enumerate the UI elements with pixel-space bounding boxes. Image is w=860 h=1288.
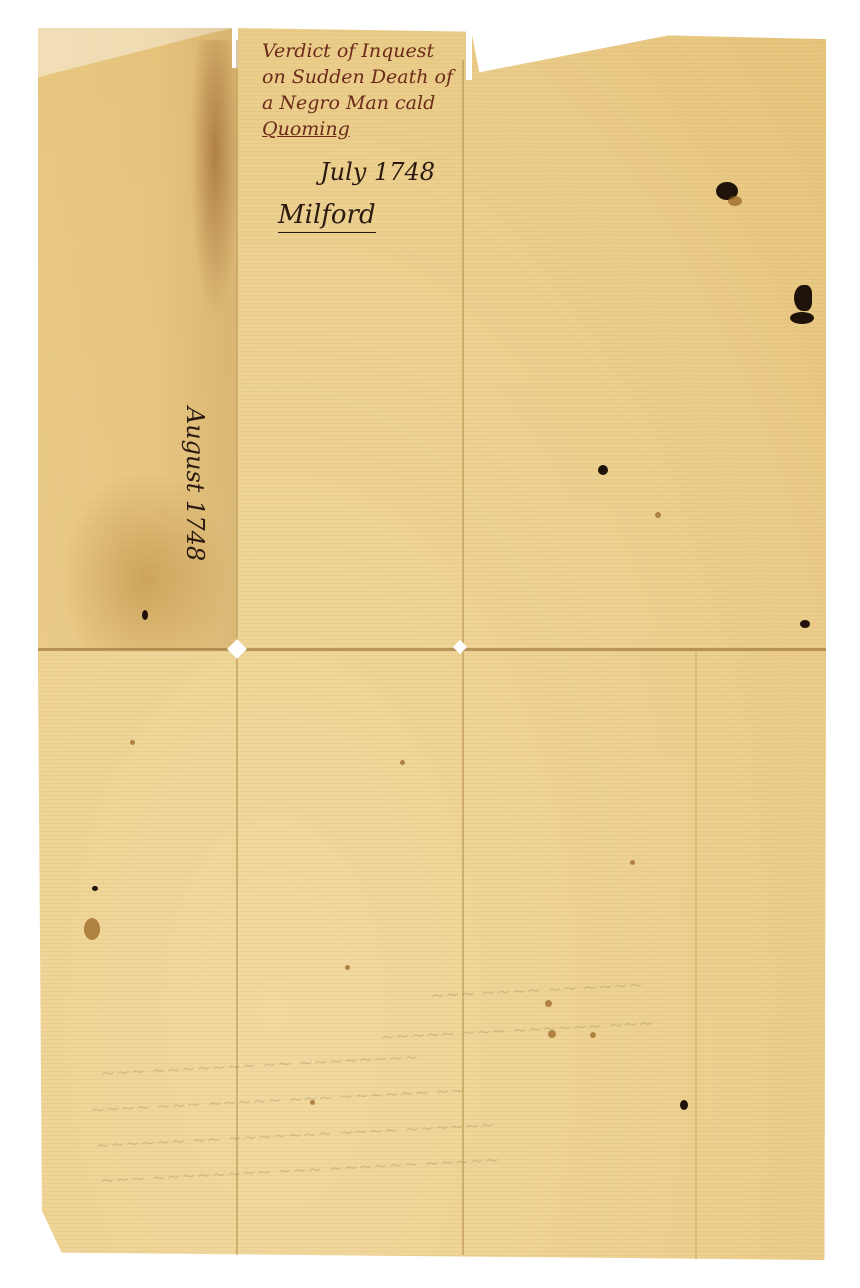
foxing-spot (84, 918, 100, 940)
fold-stain (190, 40, 240, 320)
ink-blot (142, 610, 148, 620)
horizontal-fold-line (38, 648, 826, 651)
ink-blot (800, 620, 810, 628)
foxing-spot (655, 512, 661, 518)
vertical-fold-line (462, 60, 464, 1255)
docket-place: Milford (278, 200, 376, 233)
foxing-spot (630, 860, 635, 865)
ink-blot (598, 465, 608, 475)
rust-stain (728, 196, 742, 206)
foxing-spot (545, 1000, 552, 1007)
docket-date: July 1748 (320, 158, 435, 186)
foxing-spot (400, 760, 405, 765)
ink-blot (794, 285, 812, 311)
endorsement-line-1: Verdict of Inquest (262, 38, 453, 64)
foxing-spot (130, 740, 135, 745)
side-date-note: August 1748 (181, 407, 209, 561)
vertical-fold-line (695, 650, 697, 1260)
endorsement-line-2: on Sudden Death of (262, 64, 453, 90)
ink-blot (92, 886, 98, 891)
endorsement-line-4: Quoming (262, 116, 453, 142)
ink-blot (680, 1100, 688, 1110)
docket-endorsement: Verdict of Inquest on Sudden Death of a … (262, 38, 453, 142)
top-tear-right (466, 30, 472, 80)
manuscript-sheet: ~~~ ~~~~ ~~ ~~~~ ~~~~~ ~~~ ~~~~~~ ~~~ ~~… (0, 0, 860, 1288)
endorsement-line-3: a Negro Man cald (262, 90, 453, 116)
ink-blot (790, 312, 814, 324)
foxing-spot (345, 965, 350, 970)
